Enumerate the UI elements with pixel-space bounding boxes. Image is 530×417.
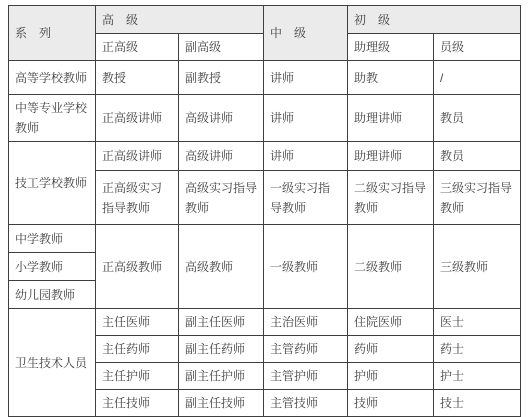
table-cell: 讲师 <box>264 95 348 142</box>
table-cell: 副主任技师 <box>179 390 264 417</box>
header-junior: 初 级 <box>348 6 521 34</box>
table-cell: 二级教师 <box>348 225 434 309</box>
table-cell: 护士 <box>434 363 521 390</box>
row-higher-education: 高等学校教师 教授 副教授 讲师 助教 / <box>9 61 521 95</box>
table-cell: 医士 <box>434 309 521 336</box>
table-cell: 主管药师 <box>264 336 348 363</box>
table-cell: 卫生技术人员 <box>9 309 96 417</box>
table-cell: 助教 <box>348 61 434 95</box>
table-cell: 药师 <box>348 336 434 363</box>
table-cell: 讲师 <box>264 61 348 95</box>
table-cell: 三级教师 <box>434 225 521 309</box>
table-cell: 主任技师 <box>96 390 179 417</box>
table-cell: 教授 <box>96 61 179 95</box>
table-cell: 中学教师 <box>9 225 96 253</box>
header-junior-assistant: 助理级 <box>348 34 434 61</box>
table-cell: 副教授 <box>179 61 264 95</box>
table-cell: 主任药师 <box>96 336 179 363</box>
table-cell: 高等学校教师 <box>9 61 96 95</box>
table-cell: 教员 <box>434 142 521 171</box>
table-cell: 技工学校教师 <box>9 142 96 225</box>
table-cell: 正高级教师 <box>96 225 179 309</box>
table-cell: 高级教师 <box>179 225 264 309</box>
table-cell: 助理讲师 <box>348 95 434 142</box>
table-cell: 正高级实习指导教师 <box>96 171 179 225</box>
table-cell: 助理讲师 <box>348 142 434 171</box>
table-cell: 住院医师 <box>348 309 434 336</box>
table-cell: 主管技师 <box>264 390 348 417</box>
table-cell: 副主任医师 <box>179 309 264 336</box>
table-cell: 一级实习指导教师 <box>264 171 348 225</box>
table-cell: 正高级讲师 <box>96 95 179 142</box>
header-row-levels: 系 列 高 级 中 级 初 级 <box>9 6 521 34</box>
table-cell: 副主任药师 <box>179 336 264 363</box>
header-senior: 高 级 <box>96 6 264 34</box>
table-cell: 高级实习指导教师 <box>179 171 264 225</box>
table-cell: 中等专业学校教师 <box>9 95 96 142</box>
professional-titles-table: 系 列 高 级 中 级 初 级 正高级 副高级 助理级 员级 高等学校教师 教授… <box>8 5 521 417</box>
row-technical-school-lecturer: 技工学校教师 正高级讲师 高级讲师 讲师 助理讲师 教员 <box>9 142 521 171</box>
table-cell: 高级讲师 <box>179 142 264 171</box>
table-cell: 技士 <box>434 390 521 417</box>
table-cell: / <box>434 61 521 95</box>
table-cell: 副主任护师 <box>179 363 264 390</box>
table-cell: 高级讲师 <box>179 95 264 142</box>
table-cell: 主治医师 <box>264 309 348 336</box>
table-cell: 幼儿园教师 <box>9 281 96 309</box>
table-cell: 护师 <box>348 363 434 390</box>
table-cell: 一级教师 <box>264 225 348 309</box>
header-intermediate: 中 级 <box>264 6 348 61</box>
table-cell: 正高级讲师 <box>96 142 179 171</box>
table-cell: 讲师 <box>264 142 348 171</box>
header-junior-staff: 员级 <box>434 34 521 61</box>
table-cell: 小学教师 <box>9 253 96 281</box>
table-cell: 技师 <box>348 390 434 417</box>
table-cell: 主管护师 <box>264 363 348 390</box>
row-secondary-vocational: 中等专业学校教师 正高级讲师 高级讲师 讲师 助理讲师 教员 <box>9 95 521 142</box>
header-senior-full: 正高级 <box>96 34 179 61</box>
row-health-physician: 卫生技术人员 主任医师 副主任医师 主治医师 住院医师 医士 <box>9 309 521 336</box>
page: 系 列 高 级 中 级 初 级 正高级 副高级 助理级 员级 高等学校教师 教授… <box>0 0 530 417</box>
header-senior-deputy: 副高级 <box>179 34 264 61</box>
table-cell: 主任护师 <box>96 363 179 390</box>
header-series: 系 列 <box>9 6 96 61</box>
table-cell: 药士 <box>434 336 521 363</box>
table-cell: 二级实习指导教师 <box>348 171 434 225</box>
table-cell: 主任医师 <box>96 309 179 336</box>
row-middle-school: 中学教师 正高级教师 高级教师 一级教师 二级教师 三级教师 <box>9 225 521 253</box>
table-cell: 教员 <box>434 95 521 142</box>
table-cell: 三级实习指导教师 <box>434 171 521 225</box>
